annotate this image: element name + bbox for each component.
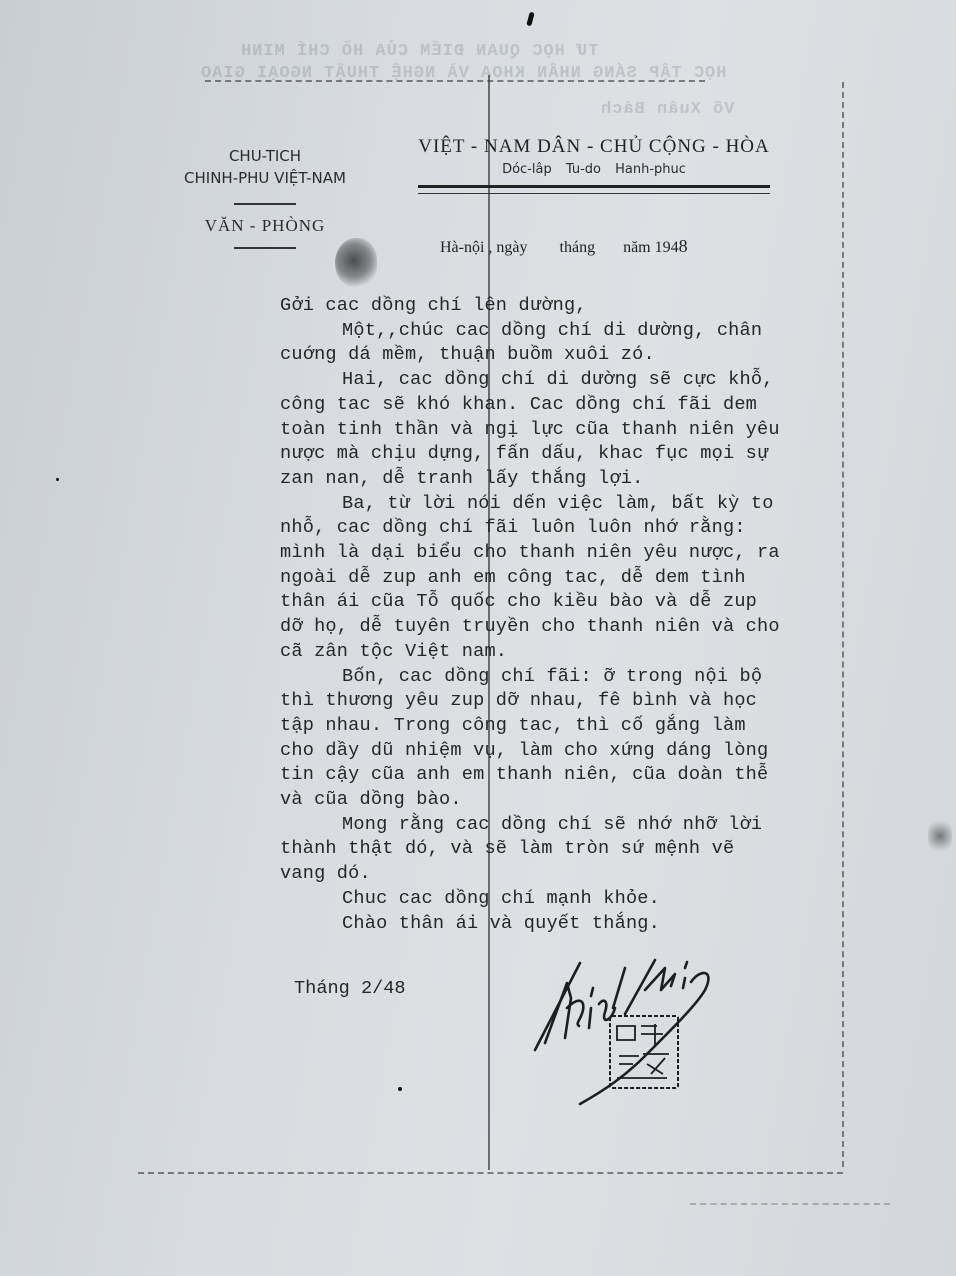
ink-speck xyxy=(526,12,534,27)
signature-scrawl-icon xyxy=(505,938,775,1118)
letter-line: Gởi cac dồng chí lên dường, xyxy=(280,294,840,319)
letter-line: nược mà chịu dựng, fấn dấu, khac fục mọi… xyxy=(280,442,840,467)
letter-line: dỡ họ, dễ tuyên truyền cho thanh niên và… xyxy=(280,615,840,640)
national-motto: Dóc-lâp Tu-do Hanh-phuc xyxy=(418,162,770,177)
frame-right-line xyxy=(842,82,844,1167)
frame-bottom-line xyxy=(138,1172,843,1174)
letter-body: Gởi cac dồng chí lên dường,Một,,chúc cac… xyxy=(280,294,840,936)
closing-date: Tháng 2/48 xyxy=(294,978,406,999)
letter-line: Chuc cac dồng chí mạnh khỏe. xyxy=(280,887,840,912)
letter-line: toàn tinh thần và ngị lực cũa thanh niên… xyxy=(280,418,840,443)
ink-speck xyxy=(398,1087,402,1091)
letter-line: vang dó. xyxy=(280,862,840,887)
letter-line: nhỗ, cac dồng chí fãi luôn luôn nhớ rằng… xyxy=(280,516,840,541)
signature xyxy=(505,938,775,1123)
letter-line: zan nan, dễ tranh lấy thắng lợi. xyxy=(280,467,840,492)
dateline-year-digit: 8 xyxy=(679,236,688,256)
letter-line: Chào thân ái và quyết thắng. xyxy=(280,912,840,937)
bleed-through-text: Võ Xuân Bách xyxy=(600,100,734,119)
letter-line: cuớng dá mềm, thuận buồm xuôi zó. xyxy=(280,343,840,368)
letterhead-left: CHU-TICH CHINH-PHU VIỆT-NAM VĂN - PHÒNG xyxy=(165,145,365,259)
letter-line: Bốn, cac dồng chí fãi: ỡ trong nội bộ xyxy=(280,665,840,690)
letter-line: cã zân tộc Việt nam. xyxy=(280,640,840,665)
issuer-government: CHINH-PHU VIỆT-NAM xyxy=(165,167,365,189)
scanned-letter: TƯ HỌC QUAN ĐIỂM CỦA HỒ CHÍ MINH HỌC TẬP… xyxy=(0,0,956,1276)
letter-line: và cũa dồng bào. xyxy=(280,788,840,813)
double-divider xyxy=(418,185,770,194)
letter-line: Hai, cac dồng chí di dường sẽ cực khỗ, xyxy=(280,368,840,393)
country-name: VIỆT - NAM DÂN - CHỦ CỘNG - HÒA xyxy=(418,136,770,158)
letterhead-right: VIỆT - NAM DÂN - CHỦ CỘNG - HÒA Dóc-lâp … xyxy=(418,136,770,194)
issuer-office: VĂN - PHÒNG xyxy=(165,215,365,237)
bleed-through-text: TƯ HỌC QUAN ĐIỂM CỦA HỒ CHÍ MINH xyxy=(240,42,598,61)
letter-line: Ba, từ lời nói dến việc làm, bất kỳ to xyxy=(280,492,840,517)
letter-line: thì thương yêu zup dỡ nhau, fê bình và h… xyxy=(280,689,840,714)
edge-smudge xyxy=(928,818,952,854)
dateline: Hà-nội , ngày tháng năm 1948 xyxy=(440,236,688,257)
ink-speck xyxy=(56,478,59,481)
letter-line: thành thật dó, và sẽ làm tròn sứ mệnh vẽ xyxy=(280,837,840,862)
dateline-printed: Hà-nội , ngày tháng năm 194 xyxy=(440,239,679,256)
frame-top-line xyxy=(205,80,705,82)
letter-line: Một,,chúc cac dồng chí di dường, chân xyxy=(280,319,840,344)
letter-line: mình là dại biểu cho thanh niên yêu nược… xyxy=(280,541,840,566)
letter-line: công tac sẽ khó khan. Cac dồng chí fãi d… xyxy=(280,393,840,418)
divider xyxy=(234,247,296,249)
issuer-title: CHU-TICH xyxy=(165,145,365,167)
letter-line: cho dầy dũ nhiệm vụ, làm cho xứng dáng l… xyxy=(280,739,840,764)
letter-line: ngoài dễ zup anh em công tac, dễ dem tìn… xyxy=(280,566,840,591)
letter-line: Mong rằng cac dồng chí sẽ nhớ nhỡ lời xyxy=(280,813,840,838)
divider xyxy=(234,203,296,205)
letter-line: tin cậy cũa anh em thanh niên, cũa doàn … xyxy=(280,763,840,788)
seal-stamp xyxy=(610,1016,678,1088)
letter-line: tập nhau. Trong công tac, thì cố gắng là… xyxy=(280,714,840,739)
letter-line: thân ái cũa Tỗ quốc cho kiều bào và dễ z… xyxy=(280,590,840,615)
frame-bottom-line-2 xyxy=(690,1203,890,1205)
ink-stamp-blot xyxy=(335,238,377,288)
